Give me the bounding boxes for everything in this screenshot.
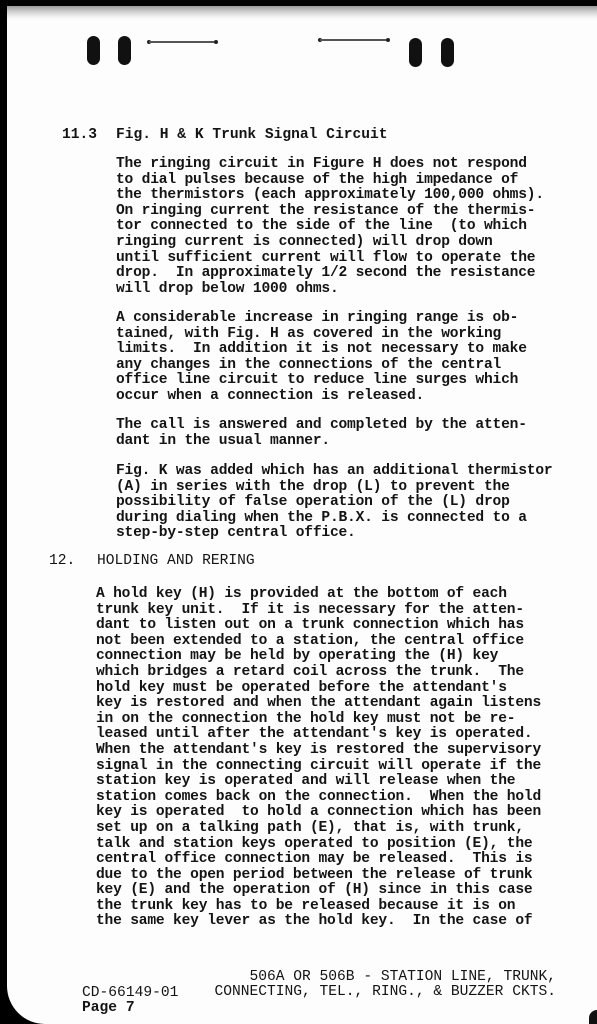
scanned-page-top-edge [7,6,597,20]
alignment-mark-line [320,39,388,41]
alignment-mark-line [149,41,217,43]
footer-page-number: Page 7 [47,985,135,1024]
paragraph-ringing-range: A considerable increase in ringing range… [116,311,527,405]
section-title: HOLDING AND RERING [97,553,255,569]
section-title: Fig. H & K Trunk Signal Circuit [116,127,388,143]
paragraph-hold-key: A hold key (H) is provided at the bottom… [96,587,541,930]
paragraph-call-answered: The call is answered and completed by th… [116,418,527,449]
document-page: 11.3 Fig. H & K Trunk Signal Circuit The… [7,6,597,1024]
section-number: 12. [49,553,75,569]
page-number: Page 7 [82,1000,135,1016]
paragraph-ringing-circuit: The ringing circuit in Figure H does not… [116,157,544,297]
binder-punch-hole-1 [87,36,100,65]
section-number: 11.3 [62,127,97,143]
footer-title-line-2: CONNECTING, TEL., RING., & BUZZER CKTS. [214,985,556,1001]
binder-punch-hole-4 [441,38,454,67]
scan-corner-shadow [589,1010,597,1024]
paragraph-fig-k: Fig. K was added which has an additional… [116,464,552,542]
binder-punch-hole-3 [409,38,422,67]
binder-punch-hole-2 [118,36,131,65]
alignment-mark-dot [214,40,218,44]
alignment-mark-dot [386,38,390,42]
